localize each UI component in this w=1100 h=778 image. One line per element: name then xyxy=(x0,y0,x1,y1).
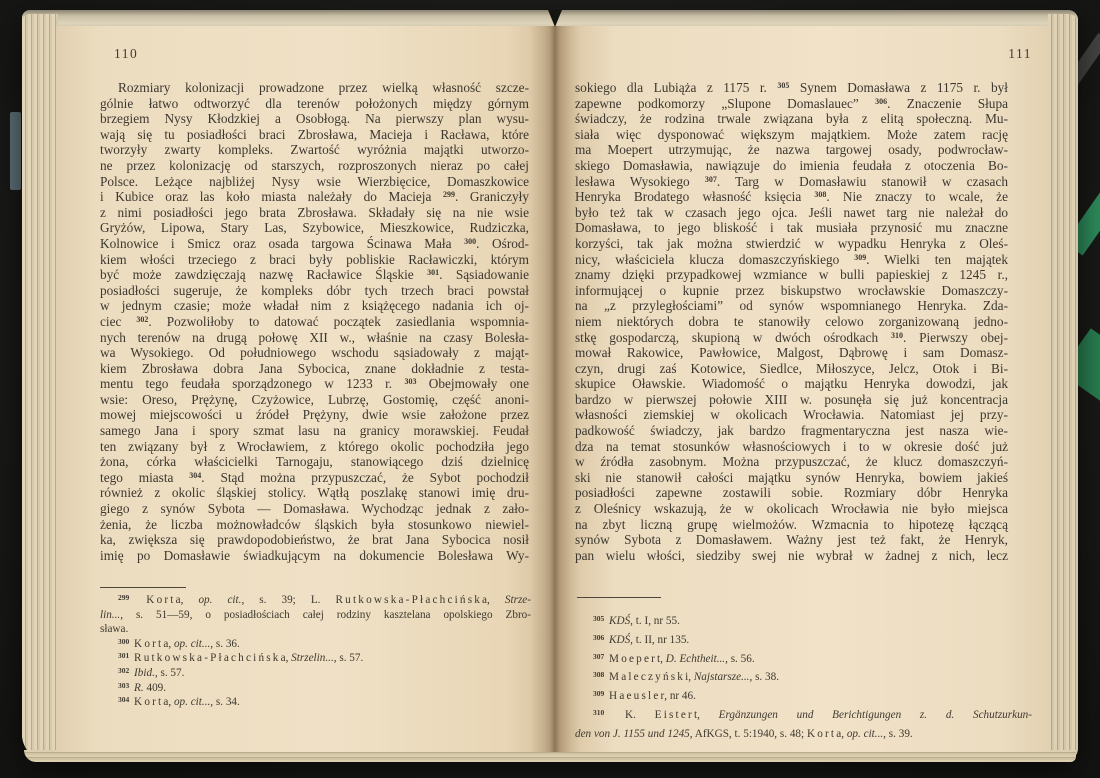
body-text-right-page: sokiego dla Lubiąża z 1175 r. 305 Synem … xyxy=(575,80,1008,563)
text-line: skiego Domasławia, nawiązuje do imienia … xyxy=(575,158,1008,174)
footnotes-right-page: 305 KDŚ, t. I, nr 55.306 KDŚ, t. II, nr … xyxy=(575,612,1032,744)
text-line: 305 KDŚ, t. I, nr 55. xyxy=(575,612,1032,631)
bookmark-blue-accent xyxy=(10,112,21,190)
text-line: 299 Korta, op. cit., s. 39; L. Rutkowska… xyxy=(100,593,531,608)
text-line: w źródła zasobnym. Można przypuszczać, ż… xyxy=(575,454,1008,470)
text-line: i Kubice oraz las koło miasta należały d… xyxy=(100,189,529,205)
text-line: skupice Oławskie. Wiadomość o majątku He… xyxy=(575,376,1008,392)
text-line: samego Jana i spory szmat lasu na granic… xyxy=(100,423,529,439)
text-line: Gryżów, Lipowa, Stary Las, Szybowice, Mi… xyxy=(100,220,529,236)
text-line: Domasława, to jego bliskość i tak musiał… xyxy=(575,220,1008,236)
text-line: na „z przyległościami” od synów wspomnia… xyxy=(575,298,1008,314)
text-line: niem niektórych dobra te stanowiły celow… xyxy=(575,314,1008,330)
text-line: mentu tego feudała sporządzonego w 1233 … xyxy=(100,376,529,392)
text-line: było też tak w czasach jego ojca. Jeśli … xyxy=(575,205,1008,221)
text-line: Rozmiary kolonizacji prowadzone przez wi… xyxy=(100,80,529,96)
page-number-left: 110 xyxy=(114,46,138,62)
text-line: nych terenów na drugą połowę XII w., wła… xyxy=(100,330,529,346)
text-line: również z okolic śląskiej stolicy. Wątłą… xyxy=(100,485,529,501)
text-line: Polsce. Leżące najbliżej Nysy wsie Wierz… xyxy=(100,174,529,190)
text-line: 304 Korta, op. cit..., s. 34. xyxy=(100,695,531,710)
open-book: 110 111 Rozmiary kolonizacji prowadzone … xyxy=(22,10,1078,762)
text-line: Henryka Brodatego własność księcia 308. … xyxy=(575,189,1008,205)
text-line: posiadłości zapewne zostawili sobie. Roz… xyxy=(575,485,1008,501)
text-line: lesława Wysokiego 307. Targ w Domasławiu… xyxy=(575,174,1008,190)
text-line: własności ziemskiej w okolicach Wrocławi… xyxy=(575,407,1008,423)
footnote-rule-left xyxy=(100,587,186,588)
text-line: mował Rakowice, Pawłowice, Malgost, Dąbr… xyxy=(575,345,1008,361)
text-line: 308 Maleczyński, Najstarsze..., s. 38. xyxy=(575,668,1032,687)
page-edges-left xyxy=(22,14,58,762)
text-line: wa Wysokiego. Od południowego wschodu są… xyxy=(100,345,529,361)
text-line: posiadłości sugeruje, że kompleks dóbr t… xyxy=(100,283,529,299)
text-line: ne przez kolonizację od starszych, rozpr… xyxy=(100,158,529,174)
body-text-left-page: Rozmiary kolonizacji prowadzone przez wi… xyxy=(100,80,529,563)
text-line: tworzyły zwarty kompleks. Zwartość wyróż… xyxy=(100,142,529,158)
text-line: sława. xyxy=(100,622,531,637)
text-line: ten związany był z Wrocławiem, z którego… xyxy=(100,439,529,455)
text-line: 301 Rutkowska-Płachcińska, Strzelin..., … xyxy=(100,651,531,666)
text-line: ciec 302. Pozwoliłoby to datować począte… xyxy=(100,314,529,330)
text-line: padkowość świadczy, jak bardzo fragmenta… xyxy=(575,423,1008,439)
text-line: żenia, że liczba możnowładców śląskich b… xyxy=(100,517,529,533)
text-line: sokiego dla Lubiąża z 1175 r. 305 Synem … xyxy=(575,80,1008,96)
text-line: 300 Korta, op. cit..., s. 36. xyxy=(100,637,531,652)
text-line: den von J. 1155 und 1245, AfKGS, t. 5:19… xyxy=(575,725,1032,744)
text-line: znamy dzięki przypadkowej wzmiance w bul… xyxy=(575,267,1008,283)
footnotes-left-page: 299 Korta, op. cit., s. 39; L. Rutkowska… xyxy=(100,593,531,710)
text-line: synów Sybota z Domasławem. Ważny jest te… xyxy=(575,532,1008,548)
text-line: na zbyt liczną grupę wielmożów. Wzmacnia… xyxy=(575,517,1008,533)
text-line: ma Moepert utrzymując, że nazwa targowej… xyxy=(575,142,1008,158)
text-line: ski nie stanowił całości majątku synów H… xyxy=(575,470,1008,486)
text-line: pan wielu włości, siedziby swej nie wybr… xyxy=(575,548,1008,564)
text-line: siała więc dysponować większym majątkiem… xyxy=(575,127,1008,143)
text-line: żona, córka właścicielki Tarnogaju, stan… xyxy=(100,454,529,470)
text-line: świadczy, że rodzina trwale związana był… xyxy=(575,111,1008,127)
text-line: w jednym czasie; może władał nim z książ… xyxy=(100,298,529,314)
text-line: 302 Ibid., s. 57. xyxy=(100,666,531,681)
text-line: 303 R. 409. xyxy=(100,681,531,696)
text-line: Kolnowice i Smicz oraz osada targowa Ści… xyxy=(100,236,529,252)
text-line: brzegiem Nysy Kłodzkiej a Osobłogą. Na p… xyxy=(100,111,529,127)
text-line: nicy, właściciela klucza domaszczyńskieg… xyxy=(575,252,1008,268)
text-line: kiem Zbrosława dobra Jana Sybocica, znan… xyxy=(100,361,529,377)
text-line: dza na temat stosunków własnościowych i … xyxy=(575,439,1008,455)
book-gutter-shadow xyxy=(530,26,580,752)
text-line: stkę gospodarczą, skupioną w dwóch ośrod… xyxy=(575,330,1008,346)
text-line: wsie: Oreso, Prężynę, Czyżowice, Lubrzę,… xyxy=(100,392,529,408)
text-line: wają się tu posiadłości braci Zbrosława,… xyxy=(100,127,529,143)
text-line: z Oleśnicy wskazują, że w okolicach Wroc… xyxy=(575,501,1008,517)
text-line: mowej miejscowości u źródeł Prężyny, dwi… xyxy=(100,407,529,423)
text-line: zapewne podkomorzy „Slupone Domaslauec” … xyxy=(575,96,1008,112)
text-line: 307 Moepert, D. Echtheit..., s. 56. xyxy=(575,650,1032,669)
text-line: 306 KDŚ, t. II, nr 135. xyxy=(575,631,1032,650)
page-number-right: 111 xyxy=(970,46,1032,62)
page-edges-right xyxy=(1048,14,1078,762)
text-line: z nimi posiadłości jego brata Zbrosława.… xyxy=(100,205,529,221)
text-line: korzyści, tak jak można stwierdzić w wyp… xyxy=(575,236,1008,252)
text-line: być może zawdzięczają nazwę Racławice Śl… xyxy=(100,267,529,283)
text-line: gólnie łatwo odtworzyć dla terenów położ… xyxy=(100,96,529,112)
text-line: giego z synów Sybota — Domasława. Wychod… xyxy=(100,501,529,517)
footnote-rule-right xyxy=(577,597,661,598)
text-line: lin..., s. 51—59, o posiadłościach całej… xyxy=(100,608,531,623)
text-line: informującej o kupnie przez biskupstwo w… xyxy=(575,283,1008,299)
text-line: czyn, drugi zaś Kotowice, Siedlce, Miłos… xyxy=(575,361,1008,377)
text-line: bardzo w pierwszej połowie XIII w. posun… xyxy=(575,392,1008,408)
text-line: kiem włości trzeciego z braci były pobli… xyxy=(100,252,529,268)
photo-background: 110 111 Rozmiary kolonizacji prowadzone … xyxy=(0,0,1100,778)
text-line: 309 Haeusler, nr 46. xyxy=(575,687,1032,706)
text-line: ka, zwiększa się prawdopodobieństwo, że … xyxy=(100,532,529,548)
text-line: tego miasta 304. Stąd można przypuszczać… xyxy=(100,470,529,486)
text-line: imię po Domasławie świadkującym na dokum… xyxy=(100,548,529,564)
text-line: 310 K. Eistert, Ergänzungen und Berichti… xyxy=(575,706,1032,725)
